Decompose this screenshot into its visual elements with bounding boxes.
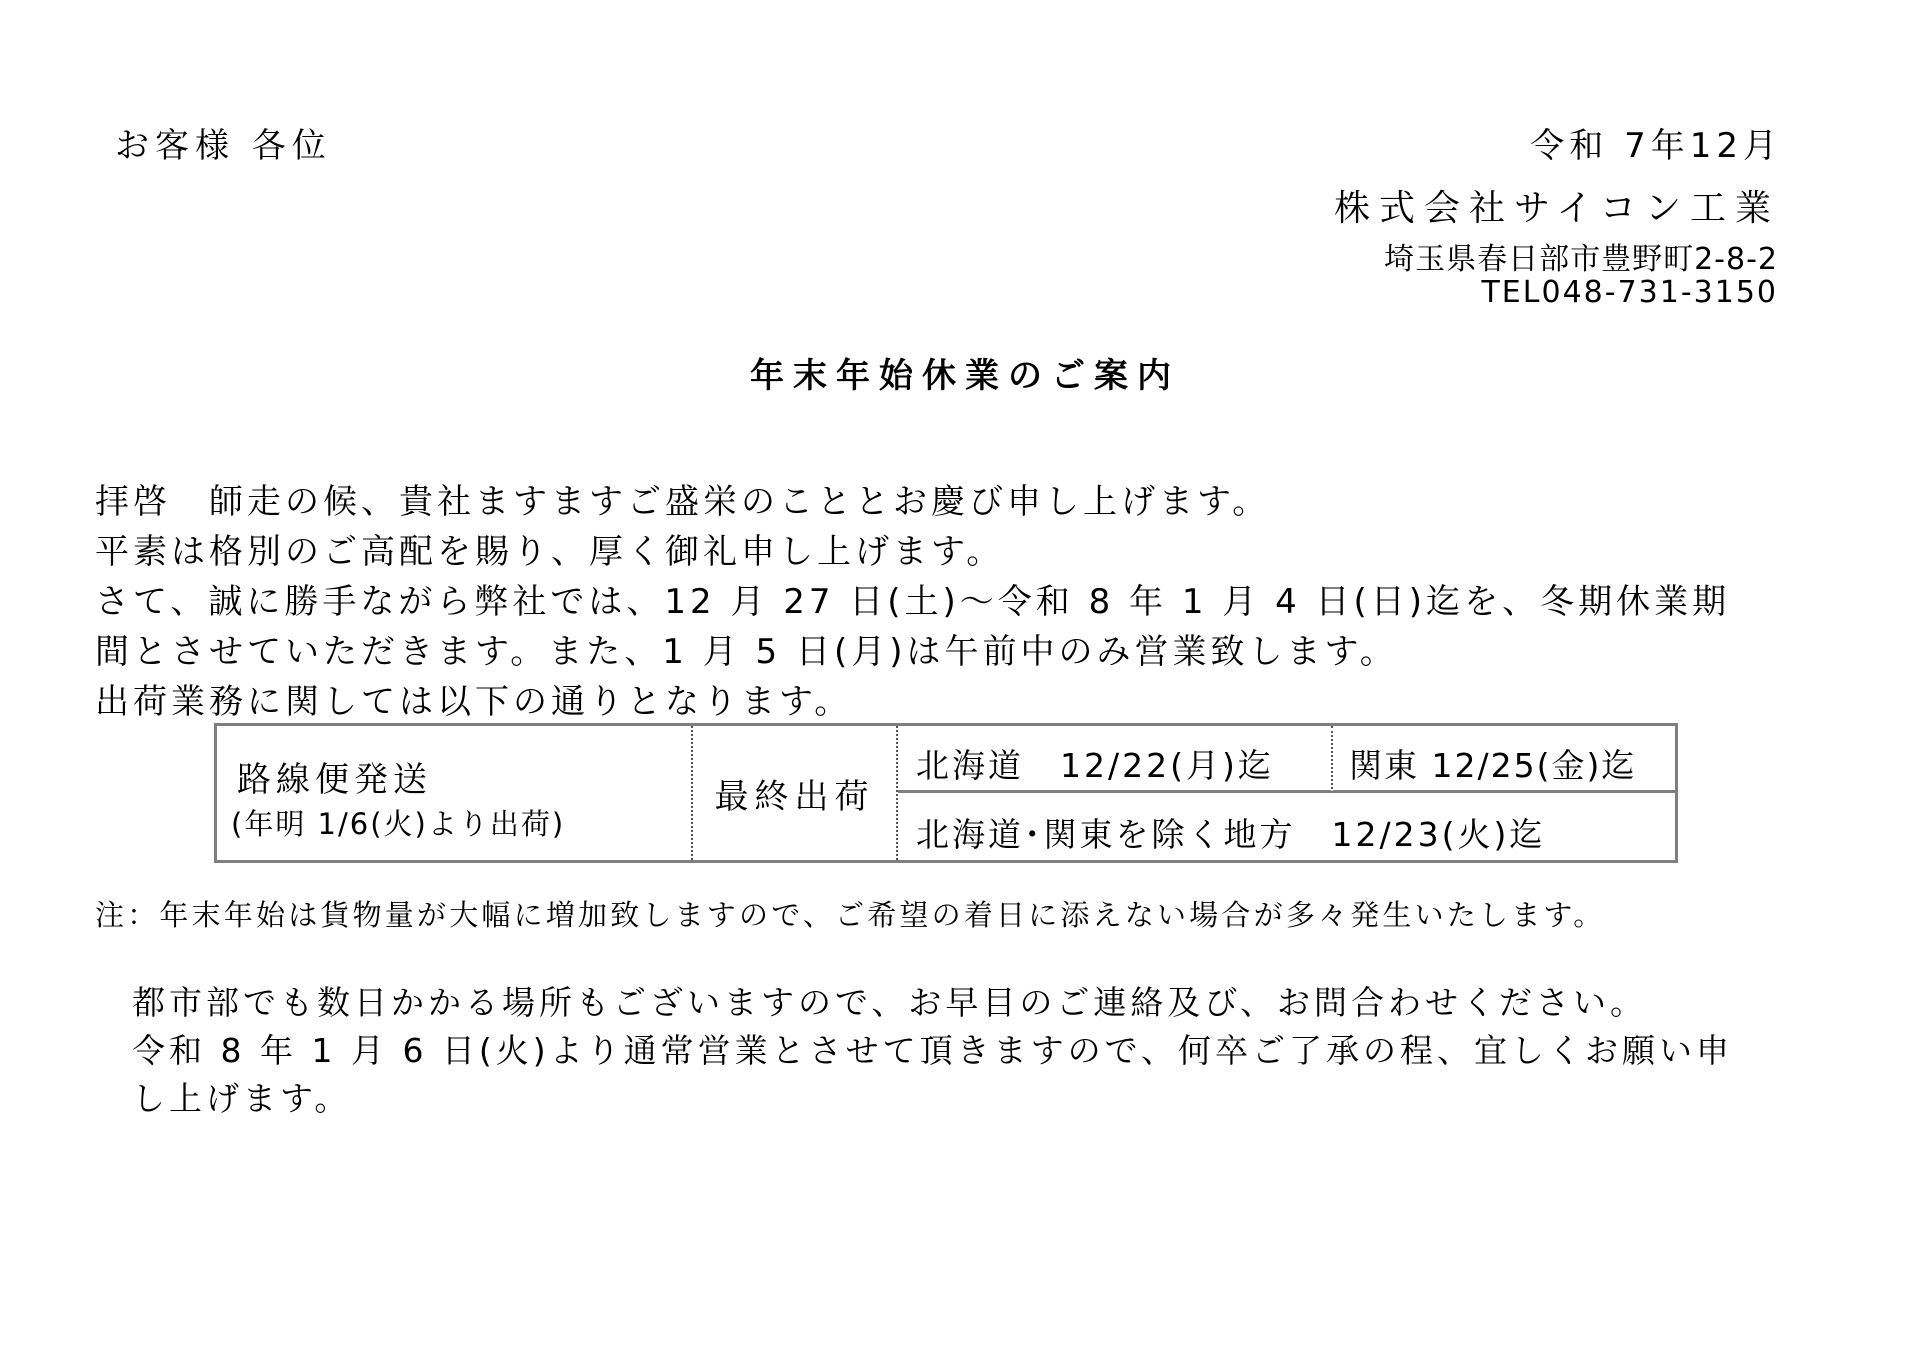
body-line: 拝啓 師走の候、貴社ますますご盛栄のこととお慶び申し上げます。 (95, 474, 1270, 523)
closing-line: 令和 8 年 1 月 6 日(火)より通常営業とさせて頂きますので、何卒ご了承の… (132, 1025, 1733, 1072)
shipping-schedule-table: 路線便発送 (年明 1/6(火)より出荷) 最終出荷 北海道 12/22(月)迄… (214, 723, 1678, 863)
caution-note: 注：年末年始は貨物量が大幅に増加致しますので、ご希望の着日に添えない場合が多々発… (95, 893, 1606, 934)
deadline-hokkaido: 北海道 12/22(月)迄 (898, 726, 1333, 793)
deadline-kanto: 関東 12/25(金)迄 (1333, 726, 1675, 793)
closing-line: 都市部でも数日かかる場所もございますので、お早目のご連絡及び、お問合わせください… (132, 977, 1647, 1024)
route-shipping-cell: 路線便発送 (年明 1/6(火)より出荷) (217, 726, 693, 860)
body-line: 間とさせていただきます。また、1 月 5 日(月)は午前中のみ営業致します。 (95, 624, 1398, 673)
deadline-other-regions: 北海道･関東を除く地方 12/23(火)迄 (898, 793, 1675, 860)
body-line: 平素は格別のご高配を賜り、厚く御礼申し上げます。 (95, 524, 1004, 573)
body-line: さて、誠に勝手ながら弊社では、12 月 27 日(土)～令和 8 年 1 月 4… (95, 574, 1730, 623)
issue-date: 令和 7年12月 (1530, 118, 1782, 167)
company-address: 埼玉県春日部市豊野町2-8-2 (1384, 234, 1778, 278)
closing-line: し上げます。 (132, 1073, 351, 1120)
company-phone: TEL048-731-3150 (1481, 275, 1778, 310)
final-shipment-label: 最終出荷 (693, 726, 898, 860)
notice-title: 年末年始休業のご案内 (0, 348, 1920, 397)
body-line: 出荷業務に関しては以下の通りとなります。 (95, 674, 852, 723)
company-name: 株式会社サイコン工業 (1334, 180, 1780, 231)
route-shipping-label: 路線便発送 (237, 752, 432, 801)
route-shipping-resume-note: (年明 1/6(火)より出荷) (231, 802, 565, 843)
recipient-salutation: お客様 各位 (115, 118, 332, 167)
